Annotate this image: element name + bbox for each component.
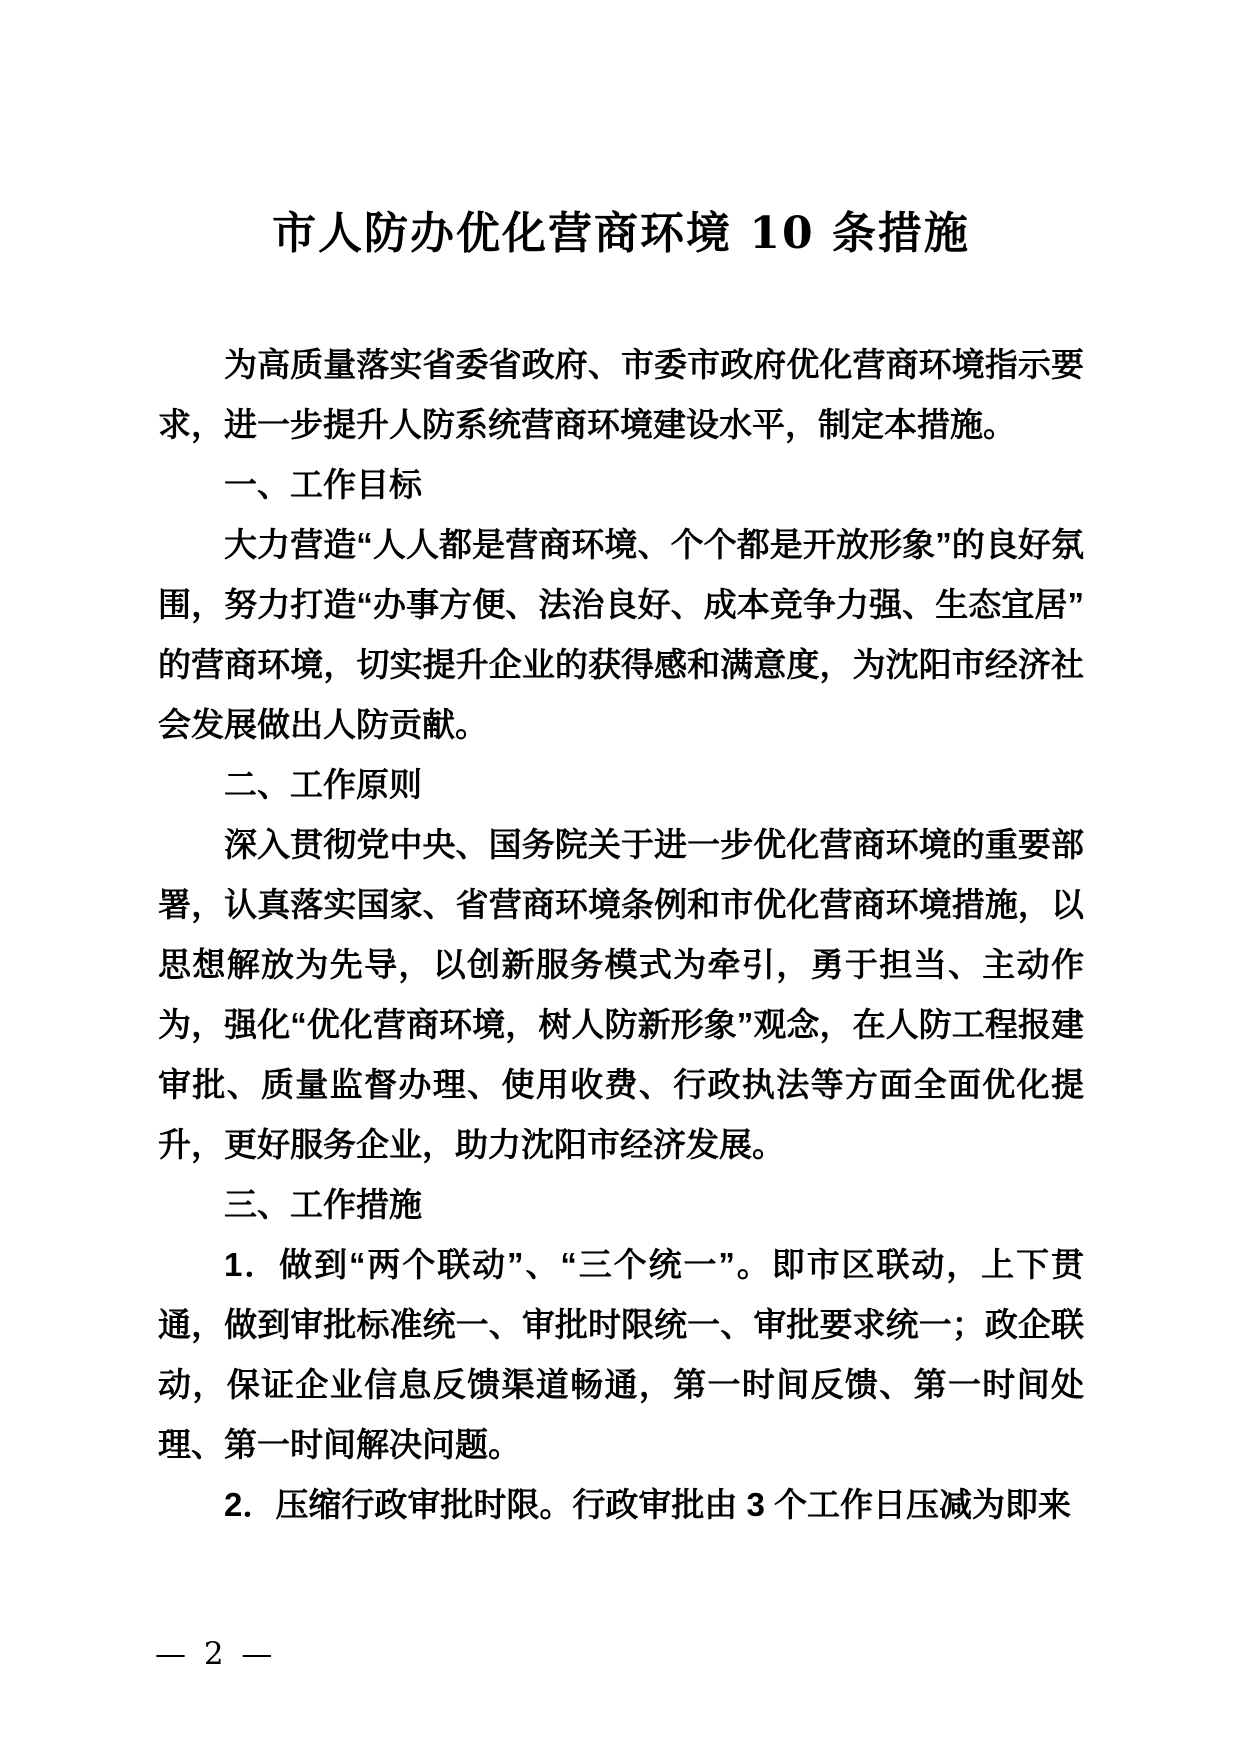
section-heading-work-goals: 一、工作目标: [158, 455, 1084, 515]
document-body: 为高质量落实省委省政府、市委市政府优化营商环境指示要求，进一步提升人防系统营商环…: [158, 335, 1084, 1535]
work-goals-paragraph: 大力营造“人人都是营商环境、个个都是开放形象”的良好氛围，努力打造“办事方便、法…: [158, 515, 1084, 755]
document-page: 市人防办优化营商环境 10 条措施 为高质量落实省委省政府、市委市政府优化营商环…: [0, 0, 1241, 1754]
section-heading-work-principles: 二、工作原则: [158, 755, 1084, 815]
document-content: 市人防办优化营商环境 10 条措施 为高质量落实省委省政府、市委市政府优化营商环…: [158, 0, 1084, 1535]
intro-paragraph: 为高质量落实省委省政府、市委市政府优化营商环境指示要求，进一步提升人防系统营商环…: [158, 335, 1084, 455]
page-number: — 2 —: [155, 1634, 276, 1674]
document-title: 市人防办优化营商环境 10 条措施: [158, 205, 1084, 263]
measure-1-paragraph: 1．做到“两个联动”、“三个统一”。即市区联动，上下贯通，做到审批标准统一、审批…: [158, 1235, 1084, 1475]
measure-2-paragraph-truncated: 2．压缩行政审批时限。行政审批由 3 个工作日压减为即来: [158, 1475, 1084, 1535]
work-principles-paragraph: 深入贯彻党中央、国务院关于进一步优化营商环境的重要部署，认真落实国家、省营商环境…: [158, 815, 1084, 1175]
section-heading-work-measures: 三、工作措施: [158, 1175, 1084, 1235]
